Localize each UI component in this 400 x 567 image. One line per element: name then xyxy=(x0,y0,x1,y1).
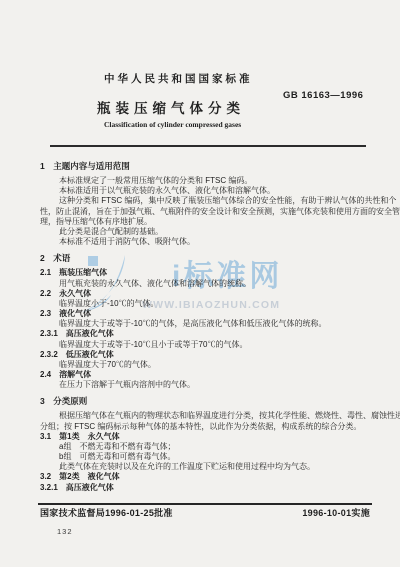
subsection-heading: 2.2 永久气体 xyxy=(40,289,380,299)
doc-line: 此分类是混合气配制的基础。 xyxy=(40,227,380,237)
subsection-heading: 2.4 溶解气体 xyxy=(40,370,380,380)
subsection-heading: 2.3.2 低压液化气体 xyxy=(40,350,380,360)
doc-line: 本标准不适用于消防气体、吸附气体。 xyxy=(40,237,380,247)
footer-divider xyxy=(38,503,372,505)
doc-line: 临界温度大于70℃的气体。 xyxy=(40,360,380,370)
doc-line: 根据压缩气体在气瓶内的物理状态和临界温度进行分类，按其化学性能、燃烧性、毒性、腐… xyxy=(40,411,380,421)
doc-line: 临界温度大于或等于-10℃的气体，是高压液化气体和低压液化气体的统称。 xyxy=(40,319,380,329)
doc-line: 此类气体在充装时以及在允许的工作温度下贮运和使用过程中均为气态。 xyxy=(40,462,380,472)
section-heading: 2 术语 xyxy=(40,253,380,263)
doc-line: 这种分类和 FTSC 编码，集中反映了瓶装压缩气体综合的安全性能，有助于辨认气体… xyxy=(40,196,380,206)
subsection-heading: 3.1 第1类 永久气体 xyxy=(40,432,380,442)
header-divider xyxy=(50,145,366,147)
section-heading: 1 主题内容与适用范围 xyxy=(40,161,380,171)
doc-line: 在压力下溶解于气瓶内溶剂中的气体。 xyxy=(40,380,380,390)
subsection-heading: 3.2 第2类 液化气体 xyxy=(40,472,380,482)
doc-line: 分组；按 FTSC 编码标示每种气体的基本特性，以此作为分类依据，构成系统的综合… xyxy=(40,422,380,432)
implementation-note: 1996-10-01实施 xyxy=(302,506,370,519)
standard-code: GB 16163—1996 xyxy=(283,90,363,101)
document-title-en: Classification of cylinder compressed ga… xyxy=(104,120,241,129)
doc-line: 本标准规定了一般常用压缩气体的分类和 FTSC 编码。 xyxy=(40,176,380,186)
document-body: 1 主题内容与适用范围本标准规定了一般常用压缩气体的分类和 FTSC 编码。本标… xyxy=(40,155,380,493)
doc-line: a组 不燃无毒和不燃有毒气体； xyxy=(40,442,380,452)
subsection-heading: 2.1 瓶装压缩气体 xyxy=(40,268,380,278)
section-heading: 3 分类原则 xyxy=(40,396,380,406)
doc-line: 性，防止混淆，旨在于加强气瓶、气瓶附件的安全设计和安全预测，实施气体充装和使用方… xyxy=(40,207,380,217)
approval-note: 国家技术监督局1996-01-25批准 xyxy=(40,506,173,519)
subsection-heading: 3.2.1 高压液化气体 xyxy=(40,483,380,493)
doc-line: 临界温度小于-10℃的气体。 xyxy=(40,299,380,309)
standard-org-title: 中华人民共和国国家标准 xyxy=(104,71,253,86)
doc-line: 本标准适用于以气瓶充装的永久气体、液化气体和溶解气体。 xyxy=(40,186,380,196)
page-number: 132 xyxy=(57,527,73,536)
doc-line: 理，指导压缩气体有序地扩展。 xyxy=(40,217,380,227)
document-page: i标准网 WWW.IBIAOZHUN.COM 中华人民共和国国家标准 GB 16… xyxy=(0,0,400,567)
doc-line: 临界温度大于或等于-10℃且小于或等于70℃的气体。 xyxy=(40,340,380,350)
subsection-heading: 2.3 液化气体 xyxy=(40,309,380,319)
document-title-cn: 瓶装压缩气体分类 xyxy=(97,97,245,117)
doc-line: b组 可燃无毒和可燃有毒气体。 xyxy=(40,452,380,462)
subsection-heading: 2.3.1 高压液化气体 xyxy=(40,329,380,339)
doc-line: 用气瓶充装的永久气体、液化气体和溶解气体的统称。 xyxy=(40,279,380,289)
